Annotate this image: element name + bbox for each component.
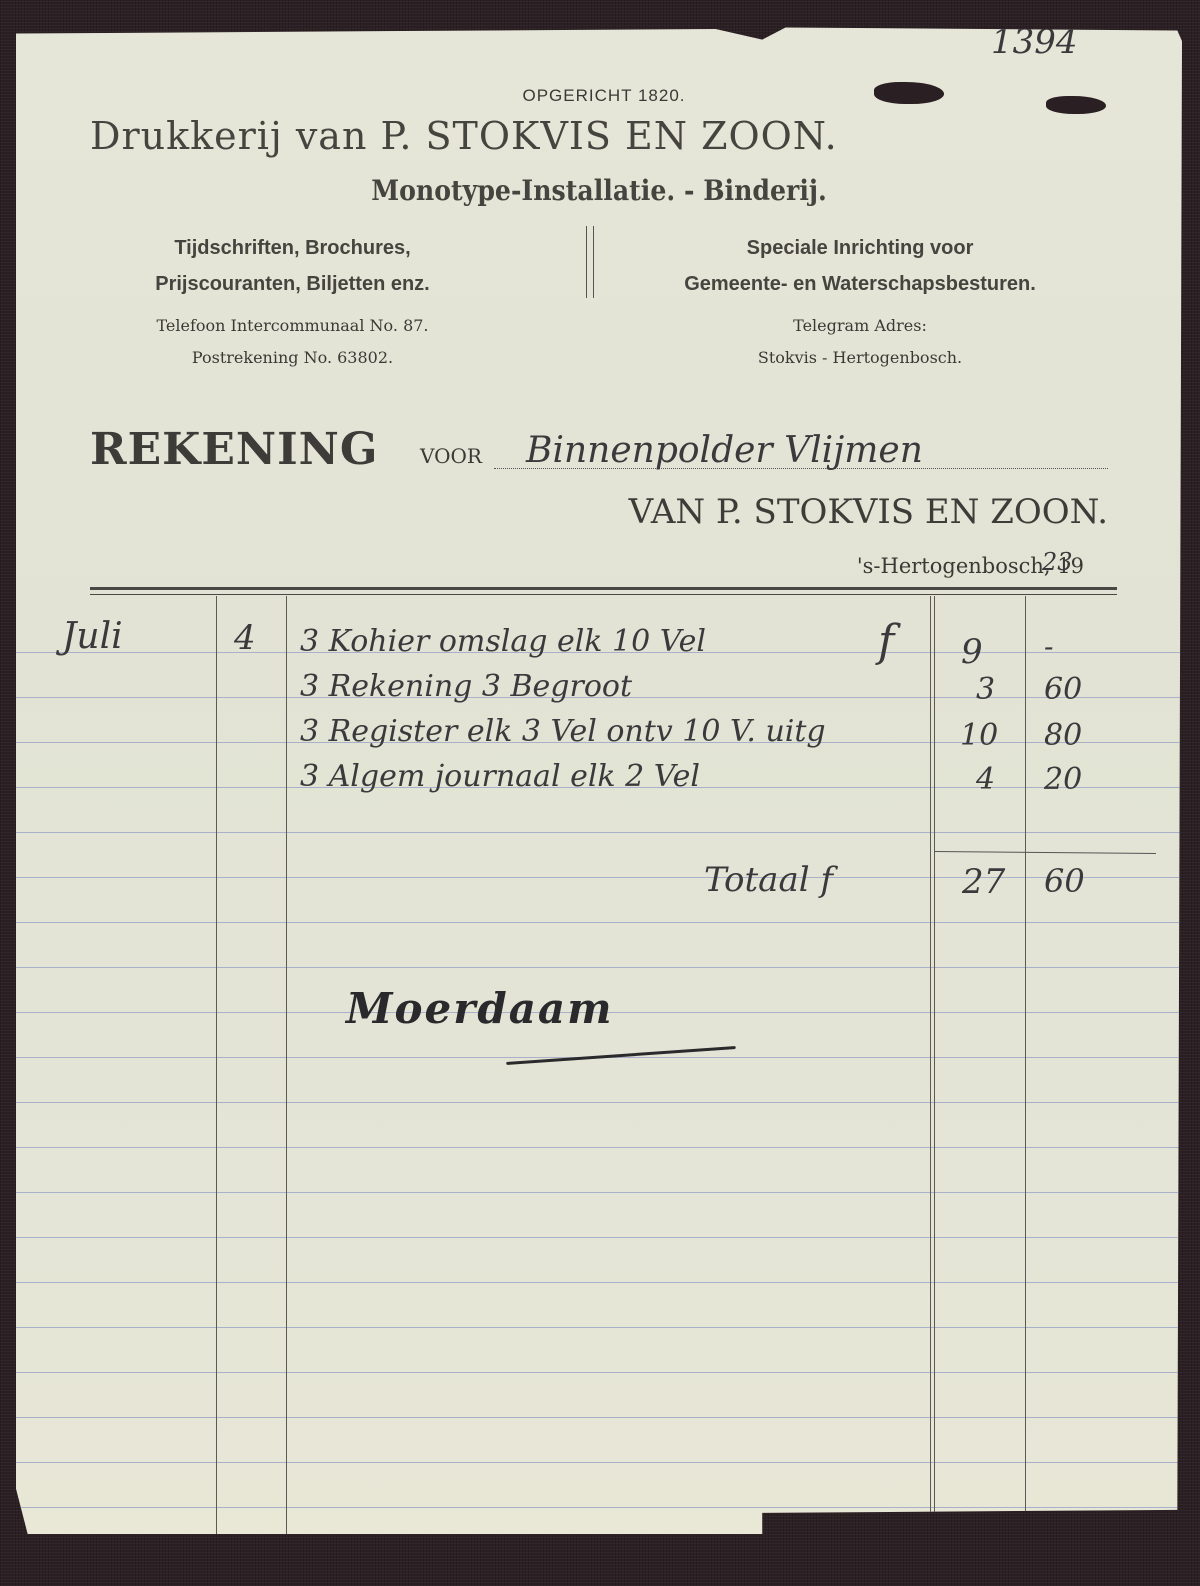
invoice-paper: 1394 OPGERICHT 1820. Drukkerij van P. ST…	[16, 26, 1182, 1534]
signature: Moerdaam	[346, 984, 614, 1033]
column-divider-desc	[930, 596, 931, 1534]
ruled-line	[16, 1192, 1182, 1193]
company-name: Drukkerij van P. STOKVIS EN ZOON.	[90, 114, 838, 158]
ruled-line	[16, 1417, 1182, 1418]
right-services: Speciale Inrichting voor Gemeente- en Wa…	[620, 230, 1100, 302]
voor-label: VOOR	[420, 444, 482, 468]
van-line: VAN P. STOKVIS EN ZOON.	[629, 492, 1108, 532]
ruled-line	[16, 1462, 1182, 1463]
item-cents: 80	[1044, 718, 1082, 753]
currency-symbol: f	[878, 616, 894, 667]
item-description: 3 Rekening 3 Begroot	[300, 669, 632, 704]
total-cents: 60	[1044, 862, 1085, 900]
service-line: Speciale Inrichting voor	[620, 230, 1100, 266]
left-contact: Telefoon Intercommunaal No. 87. Postreke…	[90, 310, 495, 374]
ruled-line	[16, 922, 1182, 923]
established-line: OPGERICHT 1820.	[16, 86, 1182, 106]
column-divider-day	[286, 596, 287, 1534]
item-description: 3 Register elk 3 Vel ontv 10 V. uitg	[300, 714, 826, 749]
item-month: Juli	[62, 616, 123, 657]
column-divider-desc-double	[934, 596, 935, 1534]
sum-line	[934, 851, 1156, 854]
total-label: Totaal f	[704, 860, 833, 900]
ruled-line	[16, 1147, 1182, 1148]
telegram-address: Stokvis - Hertogenbosch.	[620, 342, 1100, 374]
item-guilders: 10	[960, 718, 998, 753]
ruled-line	[16, 1237, 1182, 1238]
item-guilders: 9	[961, 632, 983, 672]
company-subtitle: Monotype-Installatie. - Binderij.	[74, 174, 1123, 207]
ruled-line	[16, 832, 1182, 833]
invoice-title: REKENING	[90, 424, 378, 475]
phone-line: Telefoon Intercommunaal No. 87.	[90, 310, 495, 342]
right-contact: Telegram Adres: Stokvis - Hertogenbosch.	[620, 310, 1100, 374]
service-line: Gemeente- en Waterschapsbesturen.	[620, 266, 1100, 302]
service-line: Tijdschriften, Brochures,	[90, 230, 495, 266]
recipient-handwritten: Binnenpolder Vlijmen	[526, 430, 923, 471]
ruled-line	[16, 1372, 1182, 1373]
ruled-line	[16, 1282, 1182, 1283]
telegram-label: Telegram Adres:	[620, 310, 1100, 342]
ruled-line	[16, 967, 1182, 968]
item-cents: -	[1044, 630, 1053, 663]
left-services: Tijdschriften, Brochures, Prijscouranten…	[90, 230, 495, 302]
item-guilders: 3	[976, 672, 995, 707]
header-rule-thick	[90, 587, 1117, 590]
ornamental-divider	[586, 226, 594, 298]
item-day: 4	[234, 618, 256, 658]
column-divider-cents	[1025, 596, 1026, 1534]
item-description: 3 Algem journaal elk 2 Vel	[300, 759, 700, 794]
item-cents: 60	[1044, 672, 1082, 707]
ruled-line	[16, 1327, 1182, 1328]
signature-underline	[506, 1046, 736, 1065]
item-cents: 20	[1044, 762, 1082, 797]
item-guilders: 4	[976, 762, 995, 797]
item-description: 3 Kohier omslag elk 10 Vel	[300, 624, 706, 659]
service-line: Prijscouranten, Biljetten enz.	[90, 266, 495, 302]
postal-account-line: Postrekening No. 63802.	[90, 342, 495, 374]
year-handwritten: 23	[1042, 548, 1073, 576]
header-rule-thin	[90, 594, 1117, 595]
column-divider-month	[216, 596, 217, 1534]
ruled-line	[16, 877, 1182, 878]
ruled-line	[16, 1102, 1182, 1103]
total-guilders: 27	[962, 862, 1005, 902]
ruled-line	[16, 1507, 1182, 1508]
